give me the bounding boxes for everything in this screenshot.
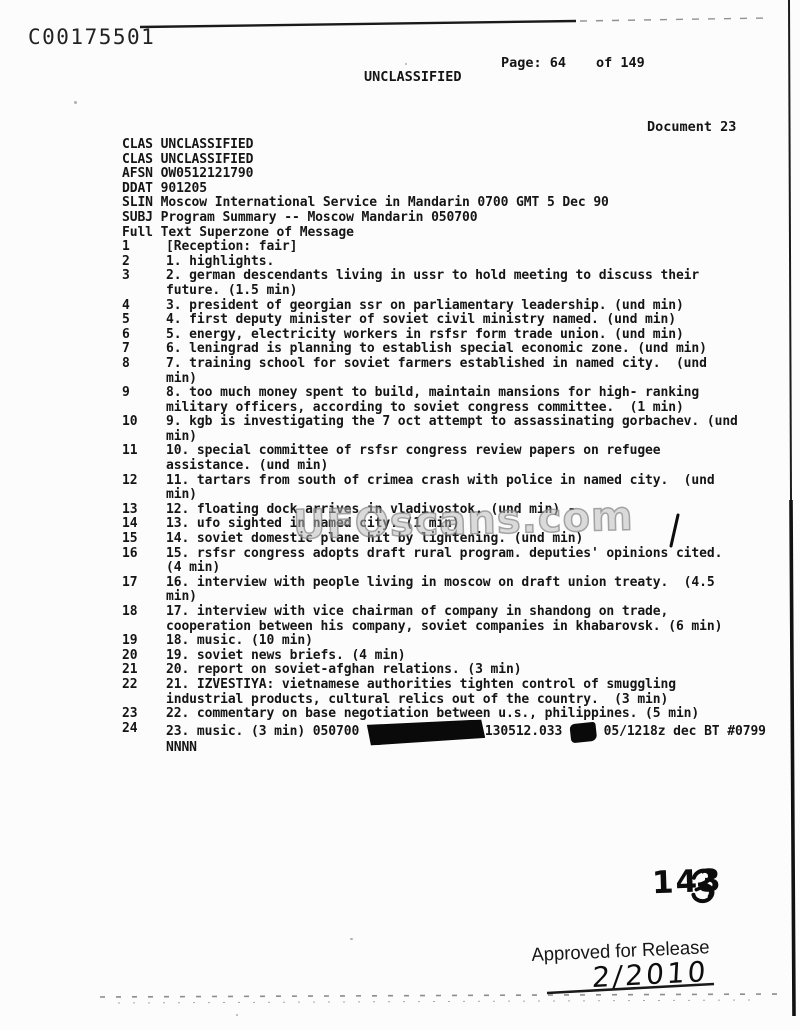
line-number: 15 xyxy=(122,532,166,547)
line-number xyxy=(122,620,166,635)
line-number xyxy=(122,401,166,416)
line-text: [Reception: fair] xyxy=(166,240,297,255)
line-number: 16 xyxy=(122,547,166,562)
transcript-row: 109. kgb is investigating the 7 oct atte… xyxy=(122,415,772,430)
line-number: 17 xyxy=(122,576,166,591)
document-number-label: Document 23 xyxy=(647,119,736,135)
line-number xyxy=(122,561,166,576)
document-id: C00175501 xyxy=(28,25,155,49)
page-count-label: of 149 xyxy=(596,55,645,71)
line-number: 12 xyxy=(122,474,166,489)
line-number: 8 xyxy=(122,357,166,372)
transcript-row: 1817. interview with vice chairman of co… xyxy=(122,605,772,620)
line-text: 7. training school for soviet farmers es… xyxy=(166,357,707,372)
right-edge-line-bottom xyxy=(791,500,794,1016)
line-number: 10 xyxy=(122,415,166,430)
transcript-row: 87. training school for soviet farmers e… xyxy=(122,357,772,372)
transcript-row: (4 min) xyxy=(122,561,772,576)
transcript-row: min) xyxy=(122,430,772,445)
line-text: 22. commentary on base negotiation betwe… xyxy=(166,707,699,722)
transcript-row: 1[Reception: fair] xyxy=(122,240,772,255)
line-text: 18. music. (10 min) xyxy=(166,634,313,649)
line-number xyxy=(122,372,166,387)
line-text: min) xyxy=(166,372,197,387)
line-number: 7 xyxy=(122,342,166,357)
scan-noise-line xyxy=(100,994,782,997)
line-number xyxy=(122,590,166,605)
line-text: 9. kgb is investigating the 7 oct attemp… xyxy=(166,415,738,430)
transcript-row: 32. german descendants living in ussr to… xyxy=(122,269,772,284)
line-number: 18 xyxy=(122,605,166,620)
redaction-bar xyxy=(569,721,597,743)
line-text: min) xyxy=(166,430,197,445)
transcript-row: 54. first deputy minister of soviet civi… xyxy=(122,313,772,328)
meta-lines: CLAS UNCLASSIFIEDCLAS UNCLASSIFIEDAFSN O… xyxy=(122,138,772,240)
line-number: 14 xyxy=(122,517,166,532)
line-number: 19 xyxy=(122,634,166,649)
meta-line: SLIN Moscow International Service in Man… xyxy=(122,196,772,211)
line-number: 20 xyxy=(122,649,166,664)
line-number xyxy=(122,430,166,445)
handwritten-page-number: 143 xyxy=(651,863,723,901)
transcript-row: military officers, according to soviet c… xyxy=(122,401,772,416)
transcript-row: 98. too much money spent to build, maint… xyxy=(122,386,772,401)
transcript-row: min) xyxy=(122,590,772,605)
line-number xyxy=(122,284,166,299)
line-text: 16. interview with people living in mosc… xyxy=(166,576,715,591)
pen-scribble-icon xyxy=(687,865,722,906)
line-number xyxy=(122,741,166,756)
line-text: future. (1.5 min) xyxy=(166,284,297,299)
line-text: 8. too much money spent to build, mainta… xyxy=(166,386,699,401)
line-text: min) xyxy=(166,590,197,605)
scanned-document-page: C00175501 Page: 64 of 149 UNCLASSIFIED D… xyxy=(0,0,800,1030)
line-number xyxy=(122,693,166,708)
line-number: 13 xyxy=(122,503,166,518)
transcript-row: 2423. music. (3 min) 050700 130512.033 0… xyxy=(122,722,772,741)
transcript-row: 43. president of georgian ssr on parliam… xyxy=(122,299,772,314)
line-text: 21. IZVESTIYA: vietnamese authorities ti… xyxy=(166,678,676,693)
line-text: 2. german descendants living in ussr to … xyxy=(166,269,699,284)
line-text: assistance. (und min) xyxy=(166,459,328,474)
transcript-row: 65. energy, electricity workers in rsfsr… xyxy=(122,328,772,343)
line-number: 23 xyxy=(122,707,166,722)
transcript-row: cooperation between his company, soviet … xyxy=(122,620,772,635)
right-edge-line-top xyxy=(789,0,791,500)
transcript-row: industrial products, cultural relics out… xyxy=(122,693,772,708)
line-text: 5. energy, electricity workers in rsfsr … xyxy=(166,328,684,343)
meta-line: Full Text Superzone of Message xyxy=(122,226,772,241)
top-edge-line xyxy=(140,21,576,27)
line-number: 2 xyxy=(122,255,166,270)
message-text-block: CLAS UNCLASSIFIEDCLAS UNCLASSIFIEDAFSN O… xyxy=(122,138,772,755)
transcript-row: 2120. report on soviet-afghan relations.… xyxy=(122,663,772,678)
transcript-row: 1110. special committee of rsfsr congres… xyxy=(122,444,772,459)
line-text: cooperation between his company, soviet … xyxy=(166,620,722,635)
scan-speck xyxy=(236,1014,238,1016)
line-text: 19. soviet news briefs. (4 min) xyxy=(166,649,406,664)
line-text: (4 min) xyxy=(166,561,220,576)
transcript-row: future. (1.5 min) xyxy=(122,284,772,299)
scan-speck xyxy=(350,938,353,940)
handwritten-release-date: 2/2010 xyxy=(591,955,709,994)
line-number: 22 xyxy=(122,678,166,693)
watermark-text: UFOscans.com xyxy=(292,494,634,549)
transcript-row: 2019. soviet news briefs. (4 min) xyxy=(122,649,772,664)
meta-line: DDAT 901205 xyxy=(122,182,772,197)
scan-speck xyxy=(74,101,77,104)
scan-noise-line-2 xyxy=(118,1000,760,1003)
line-number: 11 xyxy=(122,444,166,459)
classification-banner: UNCLASSIFIED xyxy=(364,69,462,85)
line-text: 6. leningrad is planning to establish sp… xyxy=(166,342,707,357)
line-number: 21 xyxy=(122,663,166,678)
line-text: 1. highlights. xyxy=(166,255,274,270)
transcript-row: 2221. IZVESTIYA: vietnamese authorities … xyxy=(122,678,772,693)
transcript-row: 76. leningrad is planning to establish s… xyxy=(122,342,772,357)
top-edge-dashes xyxy=(580,18,768,21)
line-text: 17. interview with vice chairman of comp… xyxy=(166,605,668,620)
meta-line: CLAS UNCLASSIFIED xyxy=(122,138,772,153)
line-number xyxy=(122,488,166,503)
line-text: 23. music. (3 min) 050700 130512.033 05/… xyxy=(166,722,766,741)
transcript-row: assistance. (und min) xyxy=(122,459,772,474)
transcript-row: 1918. music. (10 min) xyxy=(122,634,772,649)
line-text: 3. president of georgian ssr on parliame… xyxy=(166,299,684,314)
scan-speck xyxy=(405,63,407,65)
transcript-row: min) xyxy=(122,372,772,387)
line-number xyxy=(122,459,166,474)
line-text: 10. special committee of rsfsr congress … xyxy=(166,444,661,459)
transcript-row: 1211. tartars from south of crimea crash… xyxy=(122,474,772,489)
transcript-row: NNNN xyxy=(122,741,772,756)
meta-line: AFSN OW0512121790 xyxy=(122,167,772,182)
line-number: 3 xyxy=(122,269,166,284)
line-text: industrial products, cultural relics out… xyxy=(166,693,668,708)
line-text: 11. tartars from south of crimea crash w… xyxy=(166,474,715,489)
transcript-row: 2322. commentary on base negotiation bet… xyxy=(122,707,772,722)
transcript-row: 21. highlights. xyxy=(122,255,772,270)
transcript-row: 1615. rsfsr congress adopts draft rural … xyxy=(122,547,772,562)
line-number: 5 xyxy=(122,313,166,328)
line-number: 24 xyxy=(122,722,166,741)
line-text: 20. report on soviet-afghan relations. (… xyxy=(166,663,521,678)
page-number-label: Page: 64 xyxy=(501,55,566,71)
line-number: 1 xyxy=(122,240,166,255)
page-indicator: Page: 64 of 149 xyxy=(501,55,645,71)
meta-line: SUBJ Program Summary -- Moscow Mandarin … xyxy=(122,211,772,226)
line-text: min) xyxy=(166,488,197,503)
line-text: military officers, according to soviet c… xyxy=(166,401,684,416)
line-text: NNNN xyxy=(166,741,197,756)
transcript-row: 1716. interview with people living in mo… xyxy=(122,576,772,591)
meta-line: CLAS UNCLASSIFIED xyxy=(122,153,772,168)
line-number: 6 xyxy=(122,328,166,343)
line-number: 9 xyxy=(122,386,166,401)
line-number: 4 xyxy=(122,299,166,314)
line-text: 4. first deputy minister of soviet civil… xyxy=(166,313,676,328)
line-text: 15. rsfsr congress adopts draft rural pr… xyxy=(166,547,722,562)
